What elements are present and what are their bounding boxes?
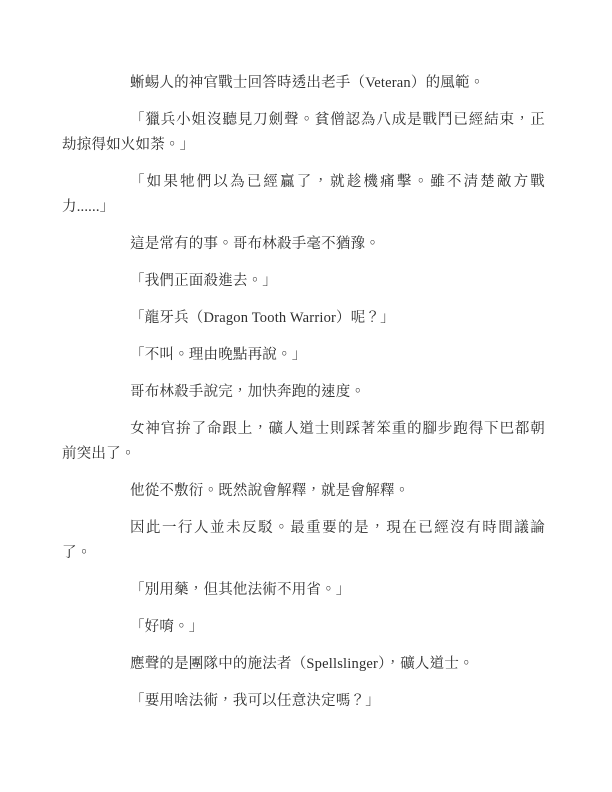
paragraph-line: 了。 [62,541,545,566]
paragraph: 「不叫。理由晚點再說。」 [62,343,545,368]
paragraph: 應聲的是團隊中的施法者（Spellslinger），礦人道士。 [62,652,545,677]
paragraph: 女神官拚了命跟上，礦人道士則踩著笨重的腳步跑得下巴都朝前突出了。 [62,417,545,467]
paragraph: 「別用藥，但其他法術不用省。」 [62,578,545,603]
paragraph-line: 「我們正面殺進去。」 [62,269,545,294]
paragraph: 他從不敷衍。既然說會解釋，就是會解釋。 [62,479,545,504]
paragraph-line: 「別用藥，但其他法術不用省。」 [62,578,545,603]
paragraph-line: 因此一行人並未反駁。最重要的是，現在已經沒有時間議論 [62,516,545,541]
paragraph-line: 「龍牙兵（Dragon Tooth Warrior）呢？」 [62,306,545,331]
paragraph-line: 「獵兵小姐沒聽見刀劍聲。貧僧認為八成是戰鬥已經結束，正 [62,108,545,133]
paragraph-line: 劫掠得如火如荼。」 [62,133,545,158]
paragraph-line: 蜥蜴人的神官戰士回答時透出老手（Veteran）的風範。 [62,71,545,96]
paragraph-line: 力......」 [62,195,545,220]
text-block: 蜥蜴人的神官戰士回答時透出老手（Veteran）的風範。「獵兵小姐沒聽見刀劍聲。… [62,71,545,726]
paragraph: 「我們正面殺進去。」 [62,269,545,294]
paragraph: 「如果牠們以為已經贏了，就趁機痛擊。雖不清楚敵方戰力......」 [62,170,545,220]
paragraph-line: 「如果牠們以為已經贏了，就趁機痛擊。雖不清楚敵方戰 [62,170,545,195]
paragraph: 「要用啥法術，我可以任意決定嗎？」 [62,689,545,714]
paragraph-line: 這是常有的事。哥布林殺手毫不猶豫。 [62,232,545,257]
paragraph-line: 「不叫。理由晚點再說。」 [62,343,545,368]
paragraph-line: 「要用啥法術，我可以任意決定嗎？」 [62,689,545,714]
paragraph-line: 前突出了。 [62,442,545,467]
paragraph: 「好唷。」 [62,615,545,640]
paragraph-line: 「好唷。」 [62,615,545,640]
paragraph-line: 女神官拚了命跟上，礦人道士則踩著笨重的腳步跑得下巴都朝 [62,417,545,442]
paragraph-line: 他從不敷衍。既然說會解釋，就是會解釋。 [62,479,545,504]
paragraph: 哥布林殺手說完，加快奔跑的速度。 [62,380,545,405]
paragraph: 這是常有的事。哥布林殺手毫不猶豫。 [62,232,545,257]
paragraph: 「龍牙兵（Dragon Tooth Warrior）呢？」 [62,306,545,331]
paragraph-line: 哥布林殺手說完，加快奔跑的速度。 [62,380,545,405]
paragraph: 「獵兵小姐沒聽見刀劍聲。貧僧認為八成是戰鬥已經結束，正劫掠得如火如荼。」 [62,108,545,158]
paragraph: 蜥蜴人的神官戰士回答時透出老手（Veteran）的風範。 [62,71,545,96]
paragraph: 因此一行人並未反駁。最重要的是，現在已經沒有時間議論了。 [62,516,545,566]
document-page: 蜥蜴人的神官戰士回答時透出老手（Veteran）的風範。「獵兵小姐沒聽見刀劍聲。… [0,0,612,792]
paragraph-line: 應聲的是團隊中的施法者（Spellslinger），礦人道士。 [62,652,545,677]
